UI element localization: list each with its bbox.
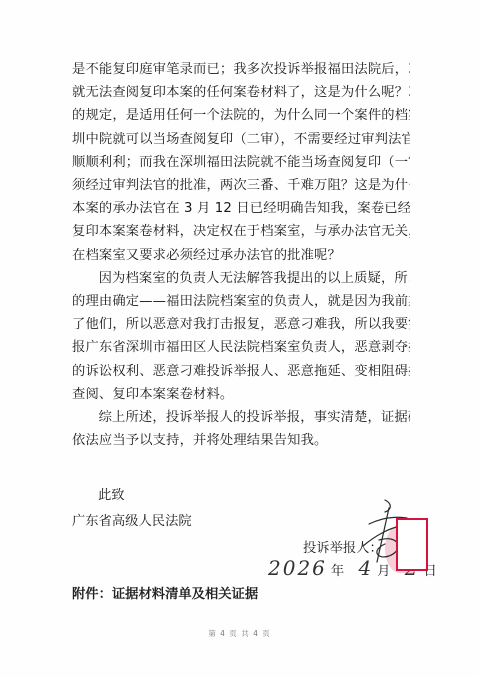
text-line: 须经过审判法官的批准，两次三番、千难万阻？这是为什么呢？4， — [72, 174, 410, 197]
document-page: ………… 是不能复印庭审笔录而已；我多次投诉举报福田法院后，3 月 30 日， … — [0, 0, 479, 677]
text-line: 报广东省深圳市福田区人民法院档案室负责人，恶意剥夺投诉举报人 — [72, 336, 410, 359]
text-line: 的诉讼权利、恶意刁难投诉举报人、恶意拖延、变相阻碍投诉举报人 — [72, 360, 410, 383]
text-line: 了他们，所以恶意对我打击报复，恶意刁难我，所以我要实名投诉举 — [72, 313, 410, 336]
text-line: 因为档案室的负责人无法解答我提出的以上质疑，所以我有充分 — [72, 267, 410, 290]
document-body: 是不能复印庭审笔录而已；我多次投诉举报福田法院后，3 月 30 日， 就无法查阅… — [72, 58, 410, 452]
salutation: 此致 — [98, 484, 125, 503]
addressee: 广东省高级人民法院 — [72, 510, 192, 529]
text-line: 综上所述，投诉举报人的投诉举报，事实清楚，证据确实充分， — [72, 406, 410, 429]
page-footer: 第 4 页 共 4 页 — [0, 628, 479, 639]
text-line: 复印本案案卷材料，决定权在于档案室，与承办法官无关，为什么现 — [72, 220, 410, 243]
text-line: 的规定，是适用任何一个法院的，为什么同一个案件的档案，我在深 — [72, 104, 410, 127]
attachment-note: 附件：证据材料清单及相关证据 — [72, 583, 258, 602]
text-line: 圳中院就可以当场查阅复印（二审），不需要经过审判法官的批准， — [72, 128, 410, 151]
paragraph-1: 是不能复印庭审笔录而已；我多次投诉举报福田法院后，3 月 30 日， 就无法查阅… — [72, 58, 410, 267]
date-year: 2026 — [268, 556, 327, 580]
text-line: 顺顺利利；而我在深圳福田法院就不能当场查阅复印（一审），就必 — [72, 151, 410, 174]
paragraph-3: 综上所述，投诉举报人的投诉举报，事实清楚，证据确实充分， 依法应当予以支持，并将… — [72, 406, 410, 452]
text-line: 查阅、复印本案案卷材料。 — [72, 383, 410, 406]
redaction-box — [396, 518, 428, 571]
text-line: 的理由确定——福田法院档案室的负责人，就是因为我前期投诉举报 — [72, 290, 410, 313]
date-year-unit: 年 — [331, 564, 344, 579]
paragraph-2: 因为档案室的负责人无法解答我提出的以上质疑，所以我有充分 的理由确定——福田法院… — [72, 267, 410, 406]
text-line: 就无法查阅复印本案的任何案卷材料了，这是为什么呢？3，最高法 — [72, 81, 410, 104]
text-line: 是不能复印庭审笔录而已；我多次投诉举报福田法院后，3 月 30 日， — [72, 58, 410, 81]
text-line: 本案的承办法官在 3 月 12 日已经明确告知我，案卷已经归档，查阅 — [72, 197, 410, 220]
text-line: 在档案室又要求必须经过承办法官的批准呢？ — [72, 244, 410, 267]
text-line: 依法应当予以支持，并将处理结果告知我。 — [72, 429, 410, 452]
